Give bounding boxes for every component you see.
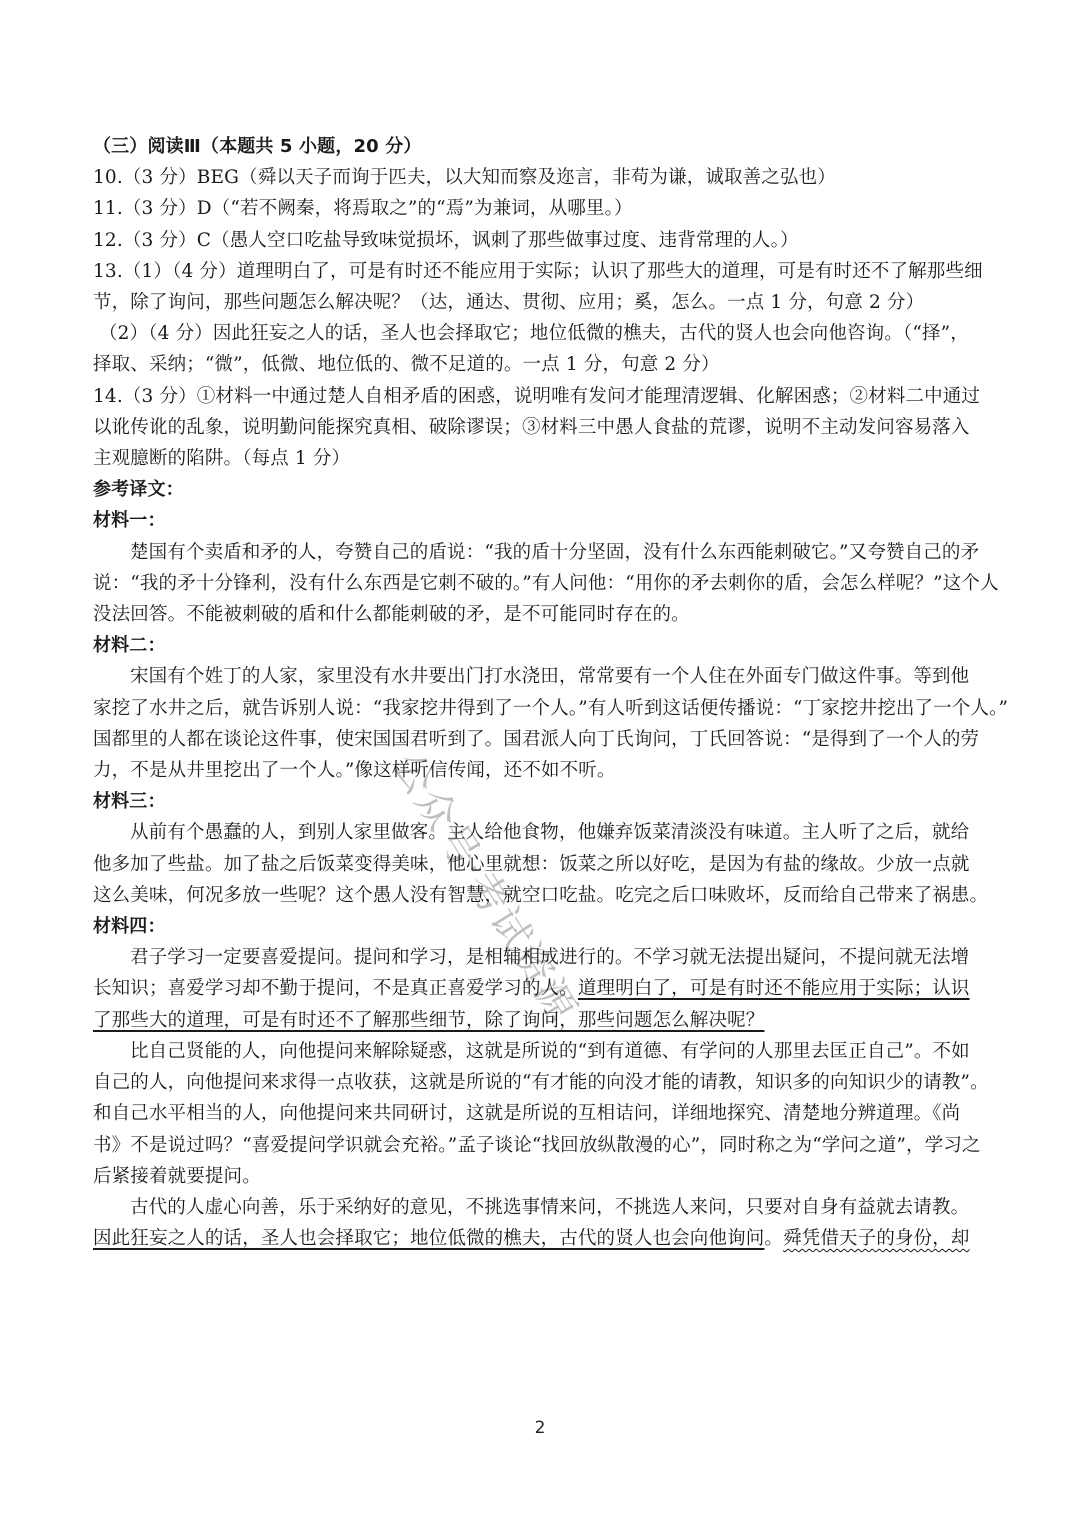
material4-heading: 材料四： (93, 911, 985, 942)
material3-line: 这么美味，何况多放一些呢？这个愚人没有智慧，就空口吃盐。吃完之后口味败坏，反而给… (93, 880, 985, 911)
material2-line: 家挖了水井之后，就告诉别人说：“我家挖井得到了一个人。”有人听到这话便传播说：“… (93, 693, 985, 724)
material4-p1-line2: 长知识；喜爱学习却不勤于提问，不是真正喜爱学习的人。道理明白了，可是有时还不能应… (93, 973, 985, 1004)
material1-line: 没法回答。不能被刺破的盾和什么都能刺破的矛，是不可能同时存在的。 (93, 599, 985, 630)
material2-line: 力，不是从井里挖出了一个人。”像这样听信传闻，还不如不听。 (93, 755, 985, 786)
material4-p1-line3: 了那些大的道理，可是有时还不了解那些细节，除了询问，那些问题怎么解决呢？ (93, 1005, 985, 1036)
material4-p1-line1: 君子学习一定要喜爱提问。提问和学习，是相辅相成进行的。不学习就无法提出疑问，不提… (93, 942, 985, 973)
answer-q13-1-line1: 13.（1）（4 分）道理明白了，可是有时还不能应用于实际；认识了那些大的道理，… (93, 256, 985, 287)
answer-q14-line2: 以讹传讹的乱象，说明勤问能探究真相、破除谬误；③材料三中愚人食盐的荒谬，说明不主… (93, 412, 985, 443)
material4-p3-line1: 古代的人虚心向善，乐于采纳好的意见，不挑选事情来问，不挑选人来问，只要对自身有益… (93, 1192, 985, 1223)
material4-p2-line: 书》不是说过吗？“喜爱提问学识就会充裕。”孟子谈论“找回放纵散漫的心”，同时称之… (93, 1130, 985, 1161)
material4-p3-line2: 因此狂妄之人的话，圣人也会择取它；地位低微的樵夫，古代的贤人也会向他询问。舜凭借… (93, 1223, 985, 1254)
section-title: （三）阅读Ⅲ（本题共 5 小题，20 分） (93, 131, 985, 162)
material3-line: 从前有个愚蠢的人，到别人家里做客。主人给他食物，他嫌弃饭菜清淡没有味道。主人听了… (93, 817, 985, 848)
document-page: （三）阅读Ⅲ（本题共 5 小题，20 分） 10.（3 分）BEG（舜以天子而询… (93, 131, 985, 1254)
material4-p3-wavy: 舜凭借天子的身份，却 (783, 1228, 970, 1249)
material4-p1-underlined: 道理明白了，可是有时还不能应用于实际；认识 (578, 978, 970, 999)
material4-p2-line: 和自己水平相当的人，向他提问来共同研讨，这就是所说的互相诘问，详细地探究、清楚地… (93, 1098, 985, 1129)
material1-line: 楚国有个卖盾和矛的人，夸赞自己的盾说：“我的盾十分坚固，没有什么东西能刺破它。”… (93, 537, 985, 568)
material4-p3-plain: 。 (764, 1228, 783, 1249)
answer-q14-line3: 主观臆断的陷阱。（每点 1 分） (93, 443, 985, 474)
material4-p1-underlined-cont: 了那些大的道理，可是有时还不了解那些细节，除了询问，那些问题怎么解决呢？ (93, 1010, 764, 1031)
material2-heading: 材料二： (93, 630, 985, 661)
material4-p2-line: 比自己贤能的人，向他提问来解除疑惑，这就是所说的“到有道德、有学问的人那里去匡正… (93, 1036, 985, 1067)
material2-line: 宋国有个姓丁的人家，家里没有水井要出门打水浇田，常常要有一个人住在外面专门做这件… (93, 661, 985, 692)
page-number: 2 (0, 1418, 1080, 1438)
answer-q13-2-line2: 择取、采纳；“微”，低微、地位低的、微不足道的。一点 1 分，句意 2 分） (93, 349, 985, 380)
answer-q14-line1: 14.（3 分）①材料一中通过楚人自相矛盾的困惑，说明唯有发问才能理清逻辑、化解… (93, 381, 985, 412)
material4-p1-plain: 长知识；喜爱学习却不勤于提问，不是真正喜爱学习的人。 (93, 978, 578, 999)
material4-p3-underlined: 因此狂妄之人的话，圣人也会择取它；地位低微的樵夫，古代的贤人也会向他询问 (93, 1228, 764, 1249)
translation-heading: 参考译文： (93, 474, 985, 505)
material1-heading: 材料一： (93, 505, 985, 536)
material4-p2-line: 后紧接着就要提问。 (93, 1161, 985, 1192)
material1-line: 说：“我的矛十分锋利，没有什么东西是它刺不破的。”有人问他：“用你的矛去刺你的盾… (93, 568, 985, 599)
answer-q13-1-line2: 节，除了询问，那些问题怎么解决呢？（达，通达、贯彻、应用；奚，怎么。一点 1 分… (93, 287, 985, 318)
answer-q12: 12.（3 分）C（愚人空口吃盐导致味觉损坏，讽刺了那些做事过度、违背常理的人。… (93, 225, 985, 256)
material2-line: 国都里的人都在谈论这件事，使宋国国君听到了。国君派人向丁氏询问，丁氏回答说：“是… (93, 724, 985, 755)
answer-q11: 11.（3 分）D（“若不阙秦，将焉取之”的“焉”为兼词，从哪里。） (93, 193, 985, 224)
answer-q13-2-line1: （2）（4 分）因此狂妄之人的话，圣人也会择取它；地位低微的樵夫，古代的贤人也会… (93, 318, 985, 349)
answer-q10: 10.（3 分）BEG（舜以天子而询于匹夫，以大知而察及迩言，非苟为谦，诚取善之… (93, 162, 985, 193)
material4-p2-line: 自己的人，向他提问来求得一点收获，这就是所说的“有才能的向没才能的请教，知识多的… (93, 1067, 985, 1098)
material3-line: 他多加了些盐。加了盐之后饭菜变得美味，他心里就想：饭菜之所以好吃，是因为有盐的缘… (93, 849, 985, 880)
material3-heading: 材料三： (93, 786, 985, 817)
